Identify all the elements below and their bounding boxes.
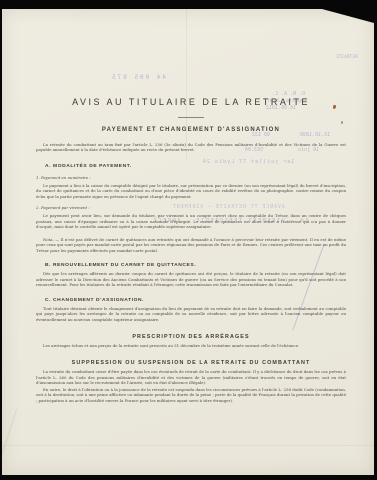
document-content: AVIS AU TITULAIRE DE LA RETRAITE PAYEMEN… xyxy=(36,9,346,403)
prescription-text: Les arrérages échus et non perçus de la … xyxy=(36,343,346,348)
section-a-item1-text: Le payement a lieu à la caisse du compta… xyxy=(36,183,346,199)
paper-sheet: RETRAITE 44 005 975 O. N. A. C. Auguste,… xyxy=(2,9,374,475)
intro-paragraph: La retraite du combattant au taux fixé p… xyxy=(36,142,346,153)
paper-crease-corner xyxy=(0,409,49,477)
section-a-item2-label: 2. Payement par virement : xyxy=(36,205,346,210)
suppression-paragraph-2: En outre, le droit à l'obtention ou à la… xyxy=(36,387,346,403)
section-a-heading: A. MODALITÉS DE PAYEMENT. xyxy=(45,164,346,169)
prescription-heading: PRESCRIPTION DES ARRÉRAGES xyxy=(36,334,346,340)
section-a-item2-text: Le payement peut avoir lieu, sur demande… xyxy=(36,213,346,229)
section-b-text: Dès que les arrérages afférents au derni… xyxy=(36,271,346,287)
section-c-heading: C. CHANGEMENT D'ASSIGNATION. xyxy=(45,298,346,303)
suppression-heading: SUPPRESSION OU SUSPENSION DE LA RETRAITE… xyxy=(36,360,346,366)
section-c-text: Tout titulaire désirant obtenir le chang… xyxy=(36,306,346,322)
paper-crease-horizontal xyxy=(2,445,374,446)
page-subtitle: PAYEMENT ET CHANGEMENT D'ASSIGNATION xyxy=(36,127,346,133)
page-title: AVIS AU TITULAIRE DE LA RETRAITE xyxy=(36,97,346,107)
scanned-document: { "colors": { "paper": "#ece9dd", "ink":… xyxy=(0,0,377,480)
title-divider xyxy=(178,117,204,118)
section-b-heading: B. RENOUVELLEMENT DU CARNET DE QUITTANCE… xyxy=(45,263,346,268)
nota-paragraph: Nota. — Il n'est pas délivré de carnet d… xyxy=(36,237,346,253)
suppression-paragraph-1: La retraite du combattant cesse d'être p… xyxy=(36,369,346,385)
section-a-item1-label: 1. Payement en numéraire : xyxy=(36,175,346,180)
